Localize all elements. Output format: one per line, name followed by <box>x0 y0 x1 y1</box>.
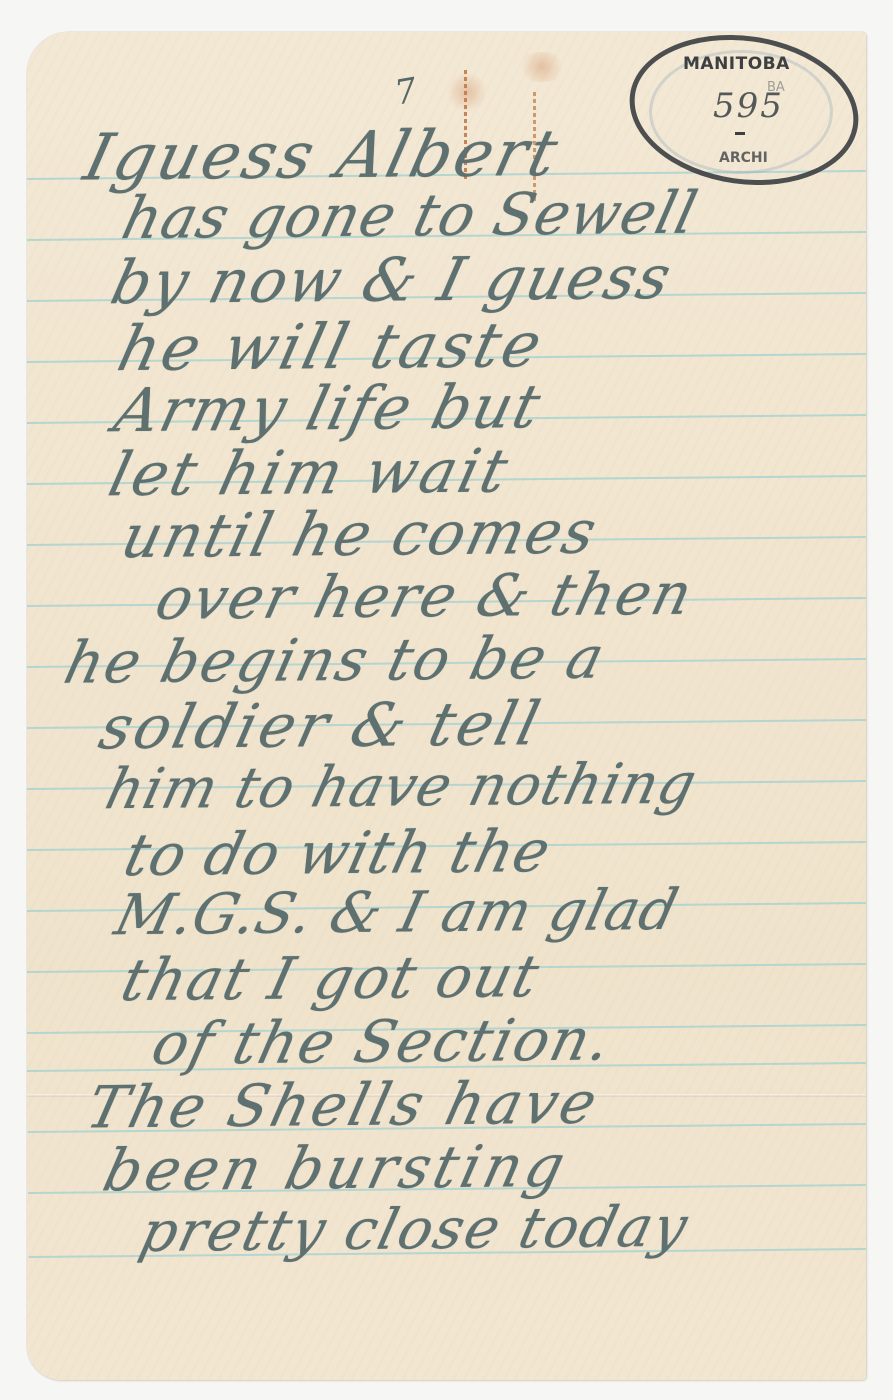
text-line: has gone to Sewell <box>117 184 703 248</box>
text-line: The Shells have <box>82 1073 605 1136</box>
letter-page: MANITOBA BA 595 ARCHI 7 Iguess Albert ha… <box>27 32 866 1380</box>
text-line: over here & then <box>151 565 700 628</box>
text-line: he begins to be a <box>59 628 611 691</box>
text-line: let him wait <box>104 441 516 505</box>
text-line: that I got out <box>116 947 546 1009</box>
text-line: until he comes <box>116 502 603 567</box>
text-line: by now & I guess <box>106 248 678 313</box>
text-line: him to have nothing <box>101 757 703 819</box>
text-line: M.G.S. & I am glad <box>110 883 684 945</box>
text-line: been bursting <box>98 1137 574 1200</box>
handwritten-text: Iguess Albert has gone to Sewell by now … <box>27 32 866 1380</box>
text-line: Army life but <box>109 377 548 441</box>
text-line: soldier & tell <box>94 694 548 758</box>
text-line: to do with the <box>119 822 556 884</box>
text-line: he will taste <box>112 314 550 380</box>
text-line: pretty close today <box>135 1200 694 1261</box>
text-line: of the Section. <box>147 1010 618 1073</box>
